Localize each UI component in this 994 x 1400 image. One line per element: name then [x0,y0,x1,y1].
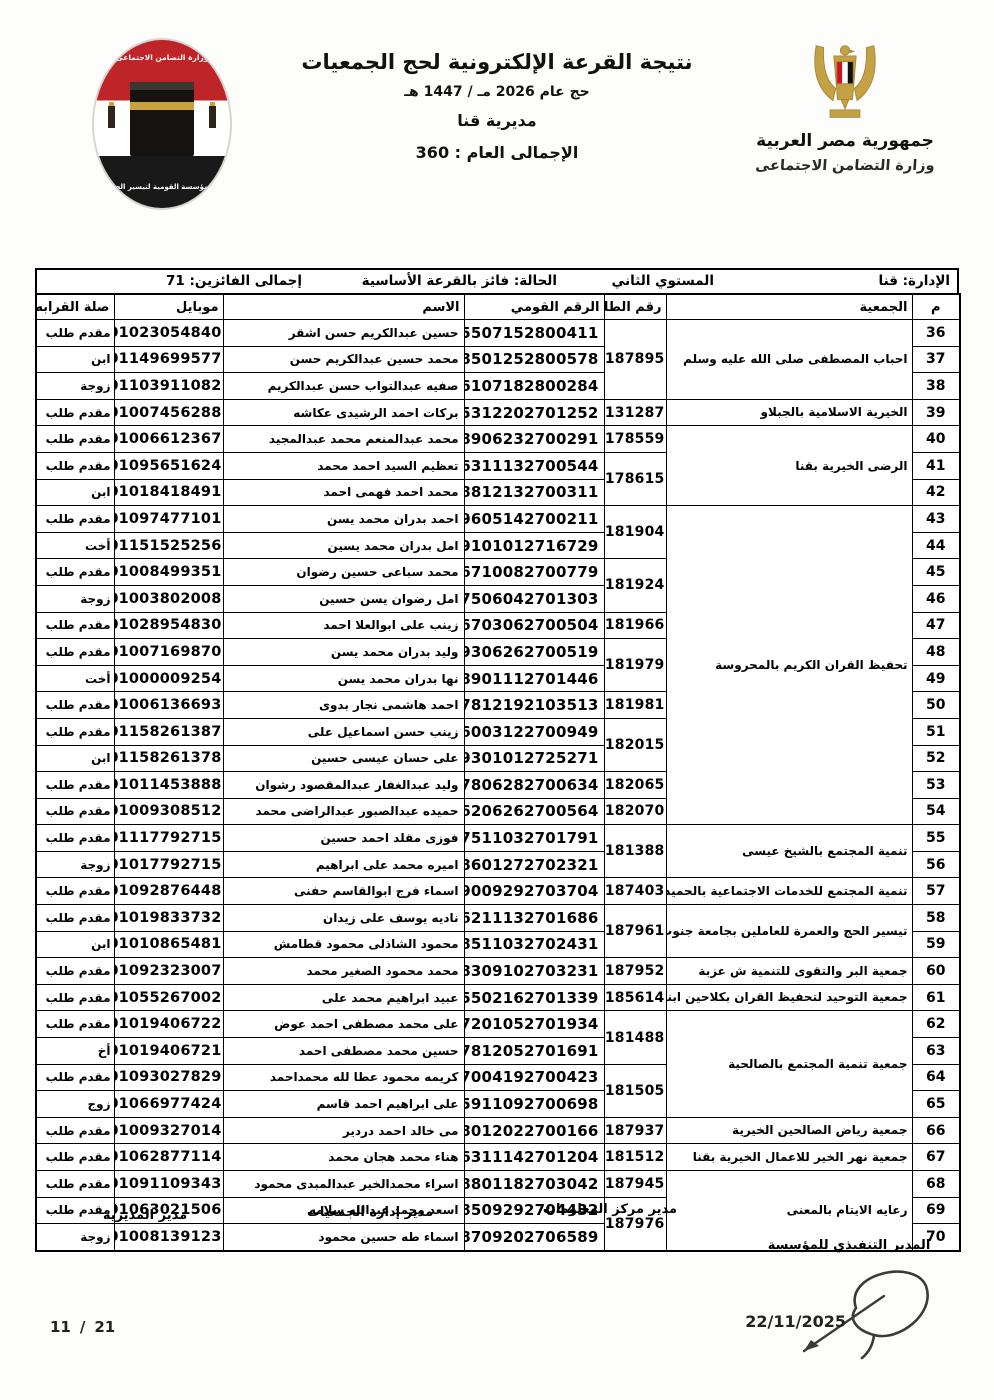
cell-mobile: 01006612367 [114,426,223,453]
cell-request-number: 182070 [604,798,666,825]
cell-name: مى خالد احمد دردير [223,1117,464,1144]
cell-association: احباب المصطفى صلى الله عليه وسلم [666,320,912,400]
cell-national-id: 26003122700949 [464,718,604,745]
header-titles: نتيجة القرعة الإلكترونية لحج الجمعيات حج… [250,50,744,162]
cell-national-id: 27806282700634 [464,772,604,799]
cell-relationship: أخ [36,1038,114,1065]
table-row: 58تيسير الحج والعمرة للعاملين بجامعة جنو… [36,905,960,932]
cell-mobile: 01066977424 [114,1091,223,1118]
cell-relationship: زوجة [36,1224,114,1251]
cell-name: احمد هاشمى نجار بدوى [223,692,464,719]
cell-name: ناديه يوسف على زيدان [223,905,464,932]
cell-association: جمعية التوحيد لتحفيظ القران بكلاحين ابنو… [666,984,912,1011]
cell-relationship: مقدم طلب [36,984,114,1011]
table-row: 39الخيرية الاسلامية بالجبلاو131287253122… [36,399,960,426]
table-row: 55تنمية المجتمع بالشيخ عيسى1813882751103… [36,825,960,852]
cell-serial: 69 [912,1197,960,1224]
cell-name: اميره محمد على ابراهيم [223,851,464,878]
cell-mobile: 01019833732 [114,905,223,932]
cell-national-id: 26311142701204 [464,1144,604,1171]
cell-relationship: زوجة [36,585,114,612]
hajj-foundation-logo: وزارة التضامن الاجتماعى المؤسسة القومية … [92,38,232,210]
cell-national-id: 26710082700779 [464,559,604,586]
cell-request-number: 181924 [604,559,666,612]
cell-serial: 49 [912,665,960,692]
cell-association: جمعية البر والتقوى للتنمية ش عزبة [666,958,912,985]
cell-association: جمعية رياض الصالحين الخيرية [666,1117,912,1144]
cell-serial: 47 [912,612,960,639]
cell-national-id: 25911092700698 [464,1091,604,1118]
cell-name: على محمد مصطفى احمد عوض [223,1011,464,1038]
minaret-icon [209,106,216,128]
cell-national-id: 28511032702431 [464,931,604,958]
cell-national-id: 26703062700504 [464,612,604,639]
cell-serial: 51 [912,718,960,745]
cell-relationship: ابن [36,479,114,506]
cell-name: محمد حسين عبدالكريم حسن [223,346,464,373]
cell-relationship: ابن [36,931,114,958]
cell-mobile: 01009327014 [114,1117,223,1144]
cell-national-id: 29009292703704 [464,878,604,905]
cell-national-id: 28601272702321 [464,851,604,878]
cell-request-number: 178559 [604,426,666,453]
cell-national-id: 28012022700166 [464,1117,604,1144]
cell-request-number: 131287 [604,399,666,426]
cell-national-id: 28501252800578 [464,346,604,373]
cell-serial: 68 [912,1171,960,1198]
col-header-serial: م [912,294,960,320]
cell-name: محمد عبدالمنعم محمد عبدالمجيد [223,426,464,453]
cell-mobile: 01151525256 [114,532,223,559]
cell-relationship: مقدم طلب [36,506,114,533]
info-bar: الإدارة: قنا المستوي الثاني الحالة: فائز… [35,268,959,295]
cell-name: حسين عبدالكريم حسن اشقر [223,320,464,347]
cell-name: محمد احمد فهمى احمد [223,479,464,506]
directorate-title: مديرية قنا [250,111,744,130]
cell-request-number: 181904 [604,506,666,559]
table-row: 60جمعية البر والتقوى للتنمية ش عزبة18795… [36,958,960,985]
cell-name: زينب على ابوالعلا احمد [223,612,464,639]
cell-name: فوزى مقلد احمد حسين [223,825,464,852]
cell-relationship: مقدم طلب [36,452,114,479]
cell-serial: 61 [912,984,960,1011]
cell-relationship: مقدم طلب [36,825,114,852]
cell-name: وليد بدران محمد يسن [223,639,464,666]
cell-mobile: 01003802008 [114,585,223,612]
cell-name: اسماء فرج ابوالقاسم حفنى [223,878,464,905]
page-separator: / [80,1318,85,1336]
cell-serial: 53 [912,772,960,799]
cell-relationship: مقدم طلب [36,399,114,426]
administration-label: الإدارة: قنا [879,273,951,289]
lottery-results-table: م الجمعية رقم الطلب الرقم القومي الاسم م… [35,293,961,1252]
cell-association: الرضى الخيرية بقنا [666,426,912,506]
cell-relationship: مقدم طلب [36,1011,114,1038]
minaret-icon [108,106,115,128]
cell-mobile: 01149699577 [114,346,223,373]
cell-national-id: 28812132700311 [464,479,604,506]
cell-serial: 40 [912,426,960,453]
cell-request-number: 187961 [604,905,666,958]
cell-mobile: 01008139123 [114,1224,223,1251]
badge-top-label: وزارة التضامن الاجتماعى [94,53,230,62]
cell-name: امل بدران محمد يسين [223,532,464,559]
cell-mobile: 01028954830 [114,612,223,639]
signature-directorate-manager: مدير المديرية [80,1208,210,1223]
cell-national-id: 29605142700211 [464,506,604,533]
cell-serial: 48 [912,639,960,666]
table-row: 61جمعية التوحيد لتحفيظ القران بكلاحين اب… [36,984,960,1011]
cell-national-id: 29101012716729 [464,532,604,559]
cell-request-number: 182015 [604,718,666,771]
cell-association: تحفيظ القران الكريم بالمحروسة [666,506,912,825]
table-row: 67جمعية نهر الخير للاعمال الخيرية بقنا18… [36,1144,960,1171]
cell-relationship: مقدم طلب [36,798,114,825]
table-row: 57تنمية المجتمع للخدمات الاجتماعية بالحم… [36,878,960,905]
page-title: نتيجة القرعة الإلكترونية لحج الجمعيات [250,50,744,74]
hajj-year-subtitle: حج عام 2026 مـ / 1447 هـ [250,84,744,100]
cell-relationship: مقدم طلب [36,718,114,745]
cell-association: الخيرية الاسلامية بالجبلاو [666,399,912,426]
cell-name: وليد عبدالغفار عبدالمقصود رشوان [223,772,464,799]
cell-relationship: مقدم طلب [36,639,114,666]
cell-mobile: 01007456288 [114,399,223,426]
cell-serial: 42 [912,479,960,506]
cell-name: محمود الشاذلى محمود قطامش [223,931,464,958]
cell-relationship: ابن [36,745,114,772]
page-total: 21 [94,1318,115,1336]
cell-relationship: مقدم طلب [36,958,114,985]
cell-name: تعظيم السيد احمد محمد [223,452,464,479]
cell-relationship: زوجة [36,851,114,878]
table-row: 68رعايه الايتام بالمعنى18794528801182703… [36,1171,960,1198]
cell-serial: 46 [912,585,960,612]
cell-serial: 39 [912,399,960,426]
flag-shield-icon [837,62,854,84]
signature-executive-manager: المدير التنفيذي للمؤسسة [754,1238,944,1253]
table-row: 40الرضى الخيرية بقنا17855928906232700291… [36,426,960,453]
cell-name: عبيد ابراهيم محمد على [223,984,464,1011]
cell-request-number: 187945 [604,1171,666,1198]
cell-relationship: مقدم طلب [36,1064,114,1091]
cell-serial: 62 [912,1011,960,1038]
cell-mobile: 01095651624 [114,452,223,479]
cell-relationship: زوجة [36,373,114,400]
cell-name: صفيه عبدالتواب حسن عبدالكريم [223,373,464,400]
cell-mobile: 01093027829 [114,1064,223,1091]
cell-national-id: 26206262700564 [464,798,604,825]
page-current: 11 [50,1318,71,1336]
cell-relationship: مقدم طلب [36,1171,114,1198]
cell-national-id: 28906232700291 [464,426,604,453]
cell-name: محمد محمود الصغير محمد [223,958,464,985]
table-row: 62جمعية تنمية المجتمع بالصالحية181488272… [36,1011,960,1038]
document-sheet: وزارة التضامن الاجتماعى المؤسسة القومية … [0,0,994,1400]
cell-serial: 52 [912,745,960,772]
cell-mobile: 01097477101 [114,506,223,533]
status-label: الحالة: فائز بالقرعة الأساسية [362,273,557,289]
cell-name: بركات احمد الرشيدى عكاشه [223,399,464,426]
cell-serial: 37 [912,346,960,373]
cell-name: احمد بدران محمد يسن [223,506,464,533]
cell-national-id: 26311132700544 [464,452,604,479]
cell-name: حميده عبدالصبور عبدالراضى محمد [223,798,464,825]
cell-national-id: 28309102703231 [464,958,604,985]
cell-request-number: 182065 [604,772,666,799]
cell-serial: 54 [912,798,960,825]
cell-national-id: 25502162701339 [464,984,604,1011]
table-header-row: م الجمعية رقم الطلب الرقم القومي الاسم م… [36,294,960,320]
cell-request-number: 181505 [604,1064,666,1117]
cell-serial: 67 [912,1144,960,1171]
cell-national-id: 28709202706589 [464,1224,604,1251]
cell-name: كريمه محمود عطا لله محمداحمد [223,1064,464,1091]
cell-serial: 55 [912,825,960,852]
cell-serial: 45 [912,559,960,586]
cell-serial: 43 [912,506,960,533]
cell-request-number: 185614 [604,984,666,1011]
winners-total-label: إجمالى الفائزين: 71 [166,273,302,289]
cell-name: على ابراهيم احمد قاسم [223,1091,464,1118]
cell-mobile: 01008499351 [114,559,223,586]
cell-national-id: 28901112701446 [464,665,604,692]
republic-emblem-block: جمهورية مصر العربية وزارة التضامن الاجتم… [730,42,960,174]
cell-request-number: 178615 [604,452,666,505]
col-header-association: الجمعية [666,294,912,320]
cell-request-number: 181981 [604,692,666,719]
page-indicator: 11/21 [50,1318,115,1336]
cell-relationship: مقدم طلب [36,426,114,453]
republic-name: جمهورية مصر العربية [730,131,960,151]
cell-mobile: 01009308512 [114,798,223,825]
cell-request-number: 181488 [604,1011,666,1064]
cell-relationship: مقدم طلب [36,905,114,932]
cell-serial: 36 [912,320,960,347]
cell-mobile: 01117792715 [114,825,223,852]
cell-national-id: 27201052701934 [464,1011,604,1038]
cell-national-id: 27506042701303 [464,585,604,612]
cell-association: تنمية المجتمع للخدمات الاجتماعية بالحميد… [666,878,912,905]
cell-request-number: 181512 [604,1144,666,1171]
col-header-request-number: رقم الطلب [604,294,666,320]
cell-serial: 41 [912,452,960,479]
cell-relationship: مقدم طلب [36,1144,114,1171]
cell-national-id: 28801182703042 [464,1171,604,1198]
col-header-name: الاسم [223,294,464,320]
document-date: 22/11/2025 [745,1312,846,1331]
handwritten-signature [786,1252,936,1364]
cell-serial: 38 [912,373,960,400]
signature-associations-admin-manager: مدير إدارة الجمعيات [300,1205,440,1220]
cell-request-number: 187937 [604,1117,666,1144]
cell-serial: 65 [912,1091,960,1118]
badge-bottom-label: المؤسسة القومية لتيسير الحج [94,183,230,191]
egypt-eagle-icon [803,42,887,122]
cell-mobile: 01062877114 [114,1144,223,1171]
cell-relationship: مقدم طلب [36,559,114,586]
cell-mobile: 01023054840 [114,320,223,347]
cell-name: اسراء محمدالخير عبدالمبدى محمود [223,1171,464,1198]
cell-national-id: 26107182800284 [464,373,604,400]
cell-serial: 64 [912,1064,960,1091]
cell-mobile: 01018418491 [114,479,223,506]
cell-mobile: 01011453888 [114,772,223,799]
table-row: 66جمعية رياض الصالحين الخيرية18793728012… [36,1117,960,1144]
cell-national-id: 25312202701252 [464,399,604,426]
cell-relationship: مقدم طلب [36,692,114,719]
cell-request-number: 181388 [604,825,666,878]
cell-association: تيسير الحج والعمرة للعاملين بجامعة جنوب … [666,905,912,958]
col-header-relationship: صلة القرابه [36,294,114,320]
cell-association: تنمية المجتمع بالشيخ عيسى [666,825,912,878]
cell-serial: 58 [912,905,960,932]
cell-name: نها بدران محمد يسن [223,665,464,692]
cell-mobile: 01006136693 [114,692,223,719]
cell-relationship: أخت [36,532,114,559]
table-row: 36احباب المصطفى صلى الله عليه وسلم187895… [36,320,960,347]
cell-relationship: مقدم طلب [36,1117,114,1144]
cell-name: امل رضوان يسن حسين [223,585,464,612]
cell-relationship: أخت [36,665,114,692]
cell-mobile: 01158261387 [114,718,223,745]
cell-mobile: 01091109343 [114,1171,223,1198]
results-table-body: 36احباب المصطفى صلى الله عليه وسلم187895… [36,320,960,1251]
col-header-mobile: موبايل [114,294,223,320]
cell-national-id: 26211132701686 [464,905,604,932]
cell-serial: 57 [912,878,960,905]
table-row: 43تحفيظ القران الكريم بالمحروسة181904296… [36,506,960,533]
cell-serial: 44 [912,532,960,559]
cell-relationship: مقدم طلب [36,772,114,799]
cell-relationship: ابن [36,346,114,373]
cell-request-number: 181979 [604,639,666,692]
cell-serial: 66 [912,1117,960,1144]
cell-name: محمد سباعى حسين رضوان [223,559,464,586]
cell-national-id: 27812192103513 [464,692,604,719]
cell-name: اسماء طه حسين محمود [223,1224,464,1251]
cell-mobile: 01019406721 [114,1038,223,1065]
cell-national-id: 27004192700423 [464,1064,604,1091]
cell-mobile: 01010865481 [114,931,223,958]
cell-serial: 56 [912,851,960,878]
cell-name: هناء محمد هجان محمد [223,1144,464,1171]
cell-relationship: مقدم طلب [36,320,114,347]
cell-relationship: مقدم طلب [36,878,114,905]
ministry-name: وزارة التضامن الاجتماعى [729,158,960,174]
cell-mobile: 01055267002 [114,984,223,1011]
cell-mobile: 01092323007 [114,958,223,985]
cell-mobile: 01103911082 [114,373,223,400]
cell-name: على حسان عيسى حسين [223,745,464,772]
cell-mobile: 01019406722 [114,1011,223,1038]
cell-serial: 60 [912,958,960,985]
cell-relationship: زوج [36,1091,114,1118]
cell-request-number: 187403 [604,878,666,905]
cell-national-id: 27812052701691 [464,1038,604,1065]
cell-request-number: 187952 [604,958,666,985]
cell-mobile: 01092876448 [114,878,223,905]
grand-total: الإجمالى العام : 360 [250,143,744,162]
cell-national-id: 25507152800411 [464,320,604,347]
cell-national-id: 27511032701791 [464,825,604,852]
cell-serial: 59 [912,931,960,958]
cell-mobile: 01158261378 [114,745,223,772]
cell-association: جمعية نهر الخير للاعمال الخيرية بقنا [666,1144,912,1171]
cell-serial: 50 [912,692,960,719]
cell-mobile: 01000009254 [114,665,223,692]
cell-mobile: 01017792715 [114,851,223,878]
cell-request-number: 187895 [604,320,666,400]
col-header-national-id: الرقم القومي [464,294,604,320]
cell-national-id: 29301012725271 [464,745,604,772]
cell-relationship: مقدم طلب [36,612,114,639]
cell-name: زينب حسن اسماعيل على [223,718,464,745]
kaaba-icon [130,82,194,156]
cell-name: حسين محمد مصطفى احمد [223,1038,464,1065]
cell-national-id: 29306262700519 [464,639,604,666]
cell-mobile: 01007169870 [114,639,223,666]
cell-serial: 63 [912,1038,960,1065]
signature-information-center-manager: مدير مركز المعلومات [540,1202,680,1217]
cell-request-number: 181966 [604,612,666,639]
cell-association: جمعية تنمية المجتمع بالصالحية [666,1011,912,1117]
level-label: المستوي الثاني [611,273,714,289]
